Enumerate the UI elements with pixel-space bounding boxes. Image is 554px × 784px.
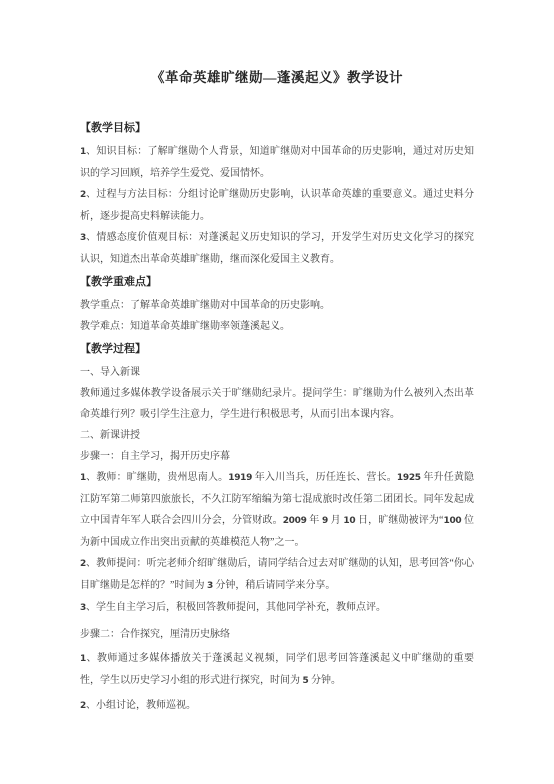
paragraph-step1-item1-biography: 1、教师：旷继勋，贵州思南人。1919 年入川当兵，历任连长、营长。1925 年…	[80, 467, 474, 553]
section-heading-key-difficult-points: 【教学重难点】	[80, 272, 474, 293]
paragraph-step1-title: 步骤一：自主学习，揭开历史序幕	[80, 446, 474, 467]
document-page: 《革命英雄旷继勋—蓬溪起义》教学设计 【教学目标】 1、知识目标：了解旷继勋个人…	[0, 0, 554, 784]
paragraph-step2-item2-group-discussion: 2、小组讨论，教师巡视。	[80, 695, 474, 717]
document-title: 《革命英雄旷继勋—蓬溪起义》教学设计	[80, 68, 474, 88]
paragraph-teaching-key-point: 教学重点：了解革命英雄旷继勋对中国革命的历史影响。	[80, 295, 474, 316]
section-heading-teaching-goals: 【教学目标】	[80, 118, 474, 139]
paragraph-intro-description: 教师通过多媒体教学设备展示关于旷继勋纪录片。提问学生：旷继勋为什么被列入杰出革命…	[80, 383, 474, 425]
paragraph-goal-knowledge: 1、知识目标：了解旷继勋个人背景，知道旷继勋对中国革命的历史影响，通过对历史知识…	[80, 141, 474, 184]
section-heading-teaching-process: 【教学过程】	[80, 339, 474, 360]
paragraph-step-new-lesson-teaching: 二、新课讲授	[80, 425, 474, 446]
paragraph-step1-item3-student-answer: 3、学生自主学习后，积极回答教师提问，其他同学补充，教师点评。	[80, 597, 474, 619]
paragraph-step-intro-new-lesson: 一、导入新课	[80, 362, 474, 383]
paragraph-teaching-difficult-point: 教学难点：知道革命英雄旷继勋率领蓬溪起义。	[80, 316, 474, 337]
paragraph-goal-process-method: 2、过程与方法目标：分组讨论旷继勋历史影响，认识革命英雄的重要意义。通过史料分析…	[80, 184, 474, 227]
paragraph-step1-item2-teacher-question: 2、教师提问：听完老师介绍旷继勋后，请同学结合过去对旷继勋的认知，思考回答“你心…	[80, 553, 474, 597]
paragraph-step2-item1-video-discussion: 1、教师通过多媒体播放关于蓬溪起义视频，同学们思考回答蓬溪起义中旷继勋的重要性，…	[80, 648, 474, 692]
paragraph-goal-emotion-values: 3、情感态度价值观目标：对蓬溪起义历史知识的学习，开发学生对历史文化学习的探究认…	[80, 227, 474, 270]
paragraph-step2-title: 步骤二：合作探究，厘清历史脉络	[80, 624, 474, 645]
